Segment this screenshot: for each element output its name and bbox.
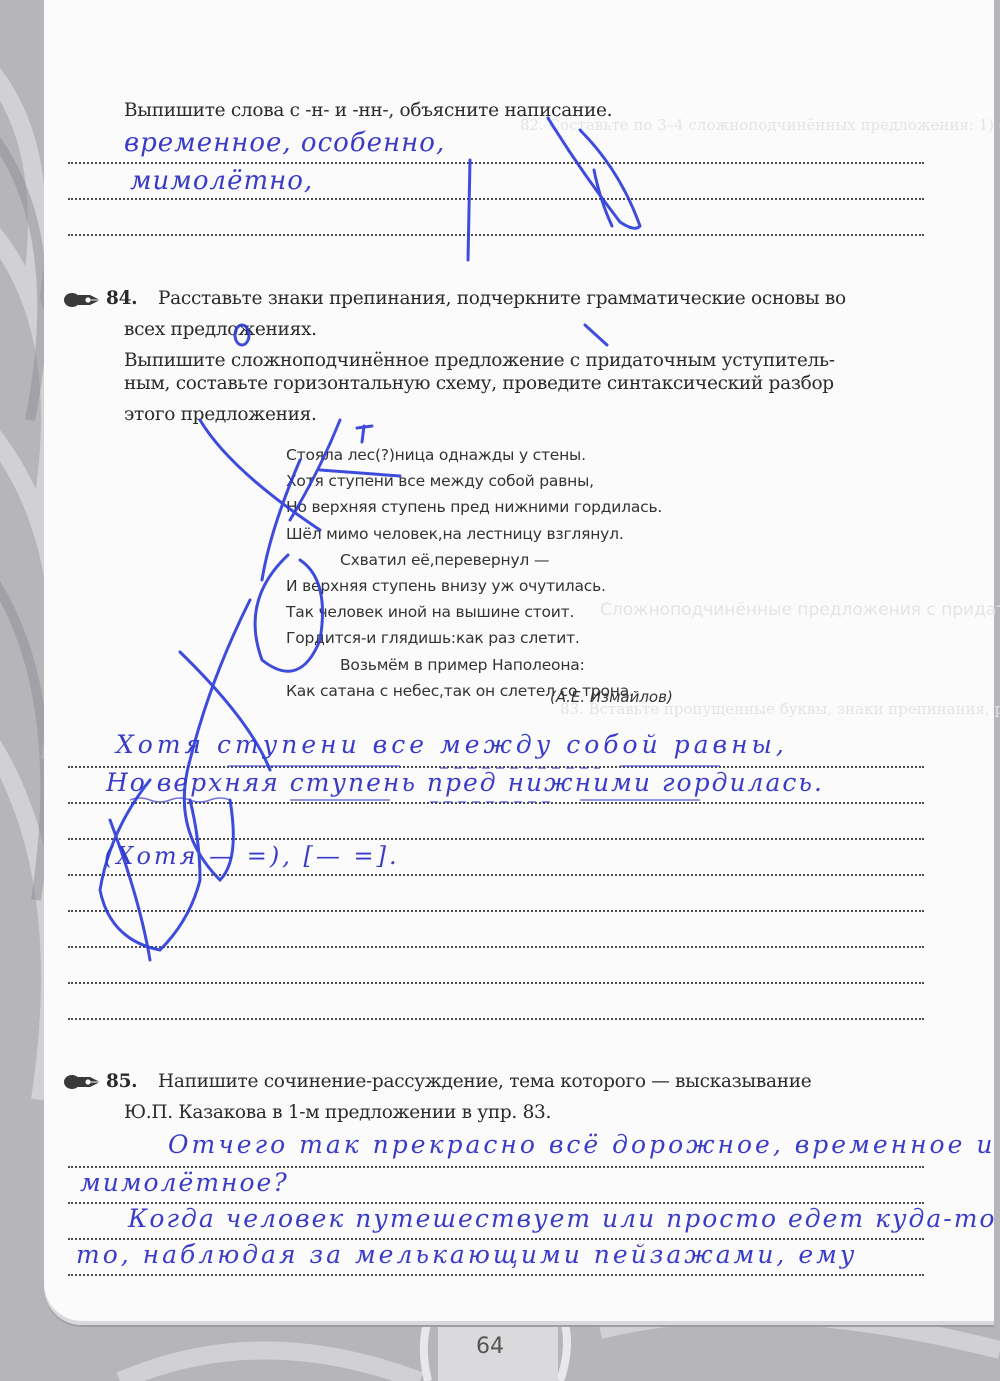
answer-line <box>68 910 924 912</box>
answer-line <box>68 838 924 840</box>
exercise-84-number: 84. <box>106 284 137 314</box>
exercise-85-number: 85. <box>106 1067 137 1097</box>
handwritten-essay-line: Отчего так прекрасно всё дорожное, време… <box>168 1130 995 1159</box>
poem-line: Шёл мимо человек,на лестницу взглянул. <box>286 521 662 547</box>
poem-line: Схватил её,перевернул — <box>286 547 662 573</box>
poem-line: И верхняя ступень внизу уж очутилась. <box>286 573 662 599</box>
exercise-84-text: Расставьте знаки препинания, подчеркните… <box>158 284 924 314</box>
answer-line <box>68 946 924 948</box>
exercise-85-text: Напишите сочинение-рассуждение, тема кот… <box>158 1067 924 1097</box>
answer-line <box>68 802 924 804</box>
answer-line <box>68 1018 924 1020</box>
exercise-84-text: этого предложения. <box>124 400 317 430</box>
handwritten-answer: Но верхняя ступень пред нижними гордилас… <box>106 768 824 797</box>
handwritten-answer: мимолётно, <box>130 166 313 196</box>
handwritten-answer: временное, особенно, <box>124 128 445 158</box>
poem-line: Так человек иной на вышине стоит. <box>286 599 662 625</box>
handwritten-essay-line: Когда человек путешествует или просто ед… <box>128 1204 996 1233</box>
page-number: 64 <box>476 1334 504 1359</box>
poem: Стояла лес(?)ница однажды у стены. Хотя … <box>286 442 662 704</box>
handwritten-essay-line: то, наблюдая за мелькающими пейзажами, е… <box>76 1240 857 1269</box>
answer-line <box>68 982 924 984</box>
answer-line <box>68 874 924 876</box>
poem-line: Хотя ступени все между собой равны, <box>286 468 662 494</box>
answer-line <box>68 162 924 164</box>
exercise-84-text: всех предложениях. <box>124 315 317 345</box>
handwritten-scheme: (Хотя — =), [— =]. <box>104 842 400 870</box>
poem-author: (А.Е. Измайлов) <box>550 688 673 706</box>
handwritten-answer: Хотя ступени все между собой равны, <box>116 730 788 759</box>
poem-line: Но верхняя ступень пред нижними гордилас… <box>286 494 662 520</box>
exercise-84-text: ным, составьте горизонтальную схему, про… <box>124 369 924 399</box>
exercise-85-text: Ю.П. Казакова в 1-м предложении в упр. 8… <box>124 1098 551 1128</box>
poem-line: Гордится-и глядишь:как раз слетит. <box>286 625 662 651</box>
answer-line <box>68 1274 924 1276</box>
handwritten-essay-line: мимолётное? <box>80 1168 289 1197</box>
poem-line: Стояла лес(?)ница однажды у стены. <box>286 442 662 468</box>
pen-nib-icon <box>64 291 104 309</box>
answer-line <box>68 234 924 236</box>
answer-line <box>68 198 924 200</box>
prev-task-instruction: Выпишите слова с -н- и -нн-, объясните н… <box>124 96 612 126</box>
poem-line: Возьмём в пример Наполеона: <box>286 652 662 678</box>
pen-nib-icon <box>64 1073 104 1091</box>
